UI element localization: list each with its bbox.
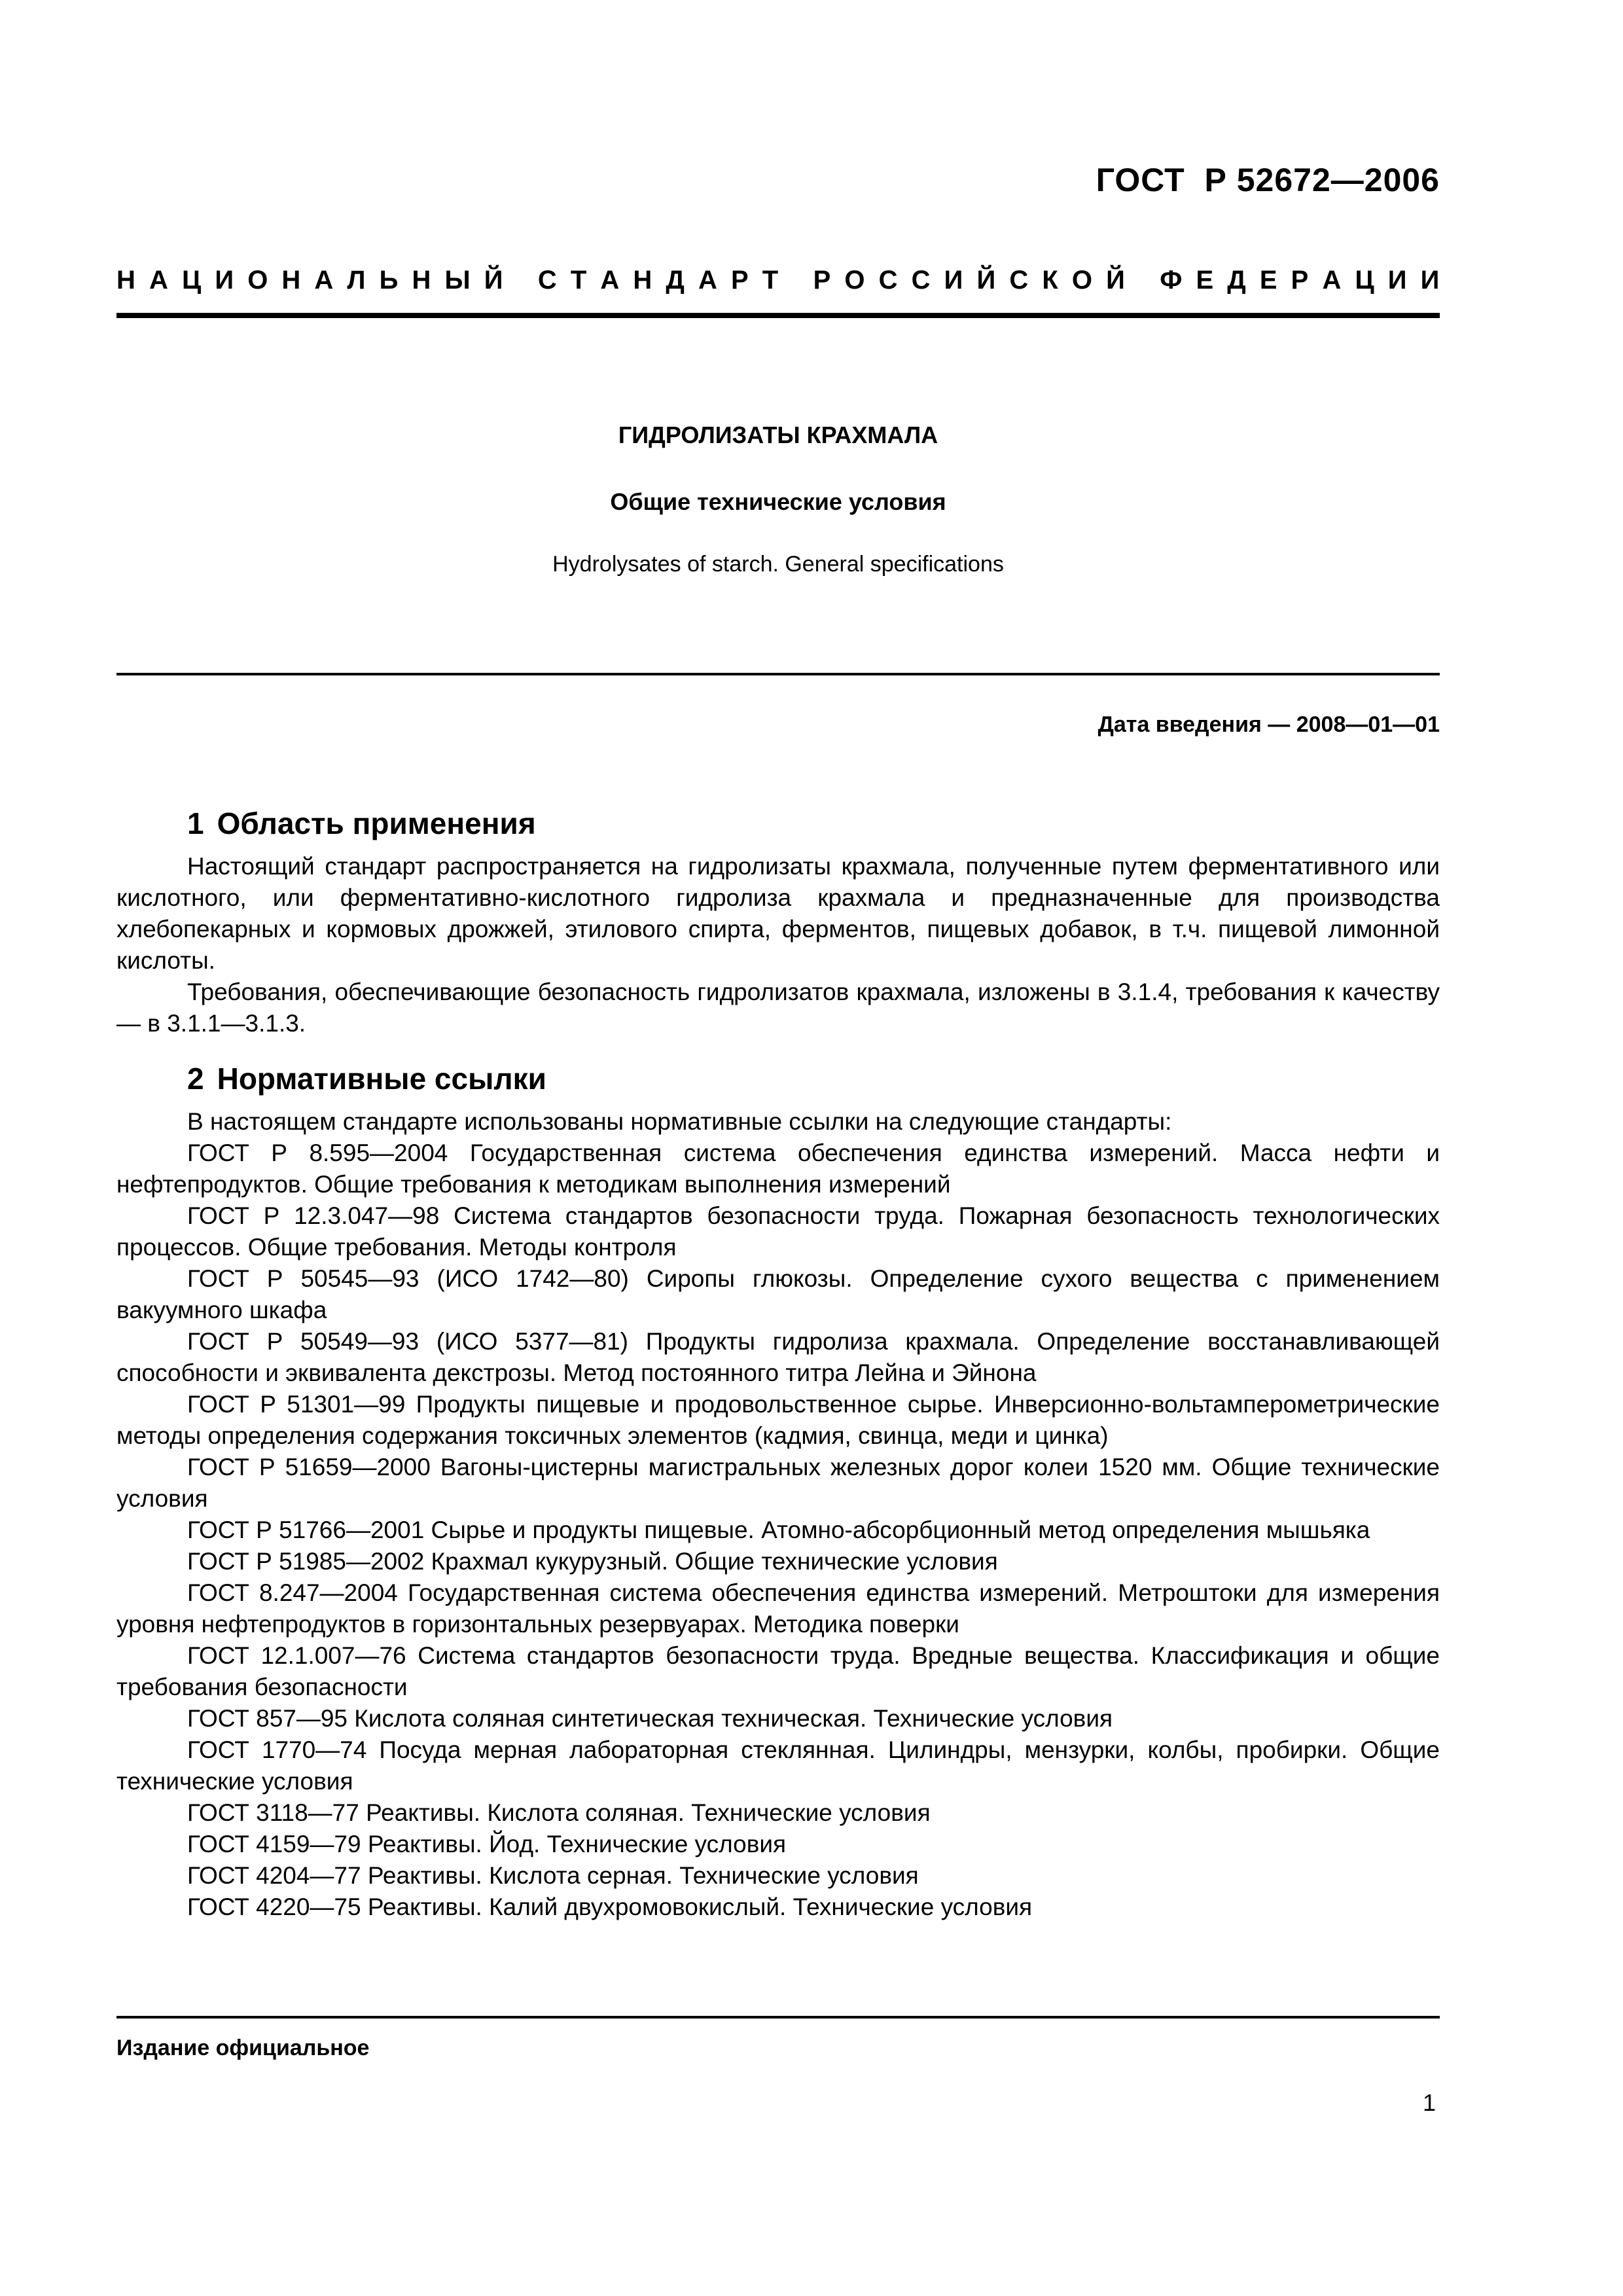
document-subtitle: Общие технические условия xyxy=(116,488,1440,516)
normative-reference: ГОСТ 12.1.007—76 Система стандартов безо… xyxy=(116,1640,1440,1703)
normative-reference: ГОСТ Р 51985—2002 Крахмал кукурузный. Об… xyxy=(116,1546,1440,1577)
paragraph: В настоящем стандарте использованы норма… xyxy=(116,1106,1440,1138)
title-rule xyxy=(116,673,1440,675)
normative-reference: ГОСТ 3118—77 Реактивы. Кислота соляная. … xyxy=(116,1797,1440,1829)
normative-reference: ГОСТ Р 51301—99 Продукты пищевые и продо… xyxy=(116,1389,1440,1452)
paragraph: Настоящий стандарт распространяется на г… xyxy=(116,851,1440,977)
normative-reference: ГОСТ 857—95 Кислота соляная синтетическа… xyxy=(116,1703,1440,1734)
section-heading: 2Нормативные ссылки xyxy=(116,1059,1440,1098)
normative-reference: ГОСТ Р 51659—2000 Вагоны-цистерны магист… xyxy=(116,1452,1440,1515)
normative-reference: ГОСТ Р 50545—93 (ИСО 1742—80) Сиропы глю… xyxy=(116,1263,1440,1326)
edition-label: Издание официальное xyxy=(116,2036,369,2061)
document-title: ГИДРОЛИЗАТЫ КРАХМАЛА xyxy=(116,422,1440,449)
normative-reference: ГОСТ Р 12.3.047—98 Система стандартов бе… xyxy=(116,1200,1440,1263)
national-standard-banner: НАЦИОНАЛЬНЫЙ СТАНДАРТ РОССИЙСКОЙ ФЕДЕРАЦ… xyxy=(116,266,1440,295)
section-title: Нормативные ссылки xyxy=(217,1062,546,1096)
normative-reference: ГОСТ Р 51766—2001 Сырье и продукты пищев… xyxy=(116,1515,1440,1546)
normative-reference: ГОСТ 4204—77 Реактивы. Кислота серная. Т… xyxy=(116,1860,1440,1892)
normative-reference: ГОСТ Р 50549—93 (ИСО 5377—81) Продукты г… xyxy=(116,1326,1440,1389)
footer-rule xyxy=(116,2016,1440,2018)
paragraph: Требования, обеспечивающие безопасность … xyxy=(116,977,1440,1039)
document-code: ГОСТ Р 52672—2006 xyxy=(1096,161,1440,199)
section-heading: 1Область применения xyxy=(116,804,1440,843)
introduction-date: Дата введения — 2008—01—01 xyxy=(1098,712,1440,738)
normative-reference: ГОСТ 4159—79 Реактивы. Йод. Технические … xyxy=(116,1829,1440,1860)
normative-reference: ГОСТ 8.247—2004 Государственная система … xyxy=(116,1577,1440,1640)
document-title-english: Hydrolysates of starch. General specific… xyxy=(116,552,1440,577)
normative-reference: ГОСТ 1770—74 Посуда мерная лабораторная … xyxy=(116,1734,1440,1797)
document-body: 1Область примененияНастоящий стандарт ра… xyxy=(116,804,1440,1923)
section-number: 1 xyxy=(187,806,204,840)
header-rule xyxy=(116,313,1440,318)
normative-reference: ГОСТ Р 8.595—2004 Государственная систем… xyxy=(116,1138,1440,1200)
normative-reference: ГОСТ 4220—75 Реактивы. Калий двухромовок… xyxy=(116,1892,1440,1923)
section-number: 2 xyxy=(187,1062,204,1096)
section-title: Область применения xyxy=(217,806,536,840)
page-number: 1 xyxy=(1423,2089,1436,2117)
document-page: ГОСТ Р 52672—2006 НАЦИОНАЛЬНЫЙ СТАНДАРТ … xyxy=(116,0,1440,2296)
